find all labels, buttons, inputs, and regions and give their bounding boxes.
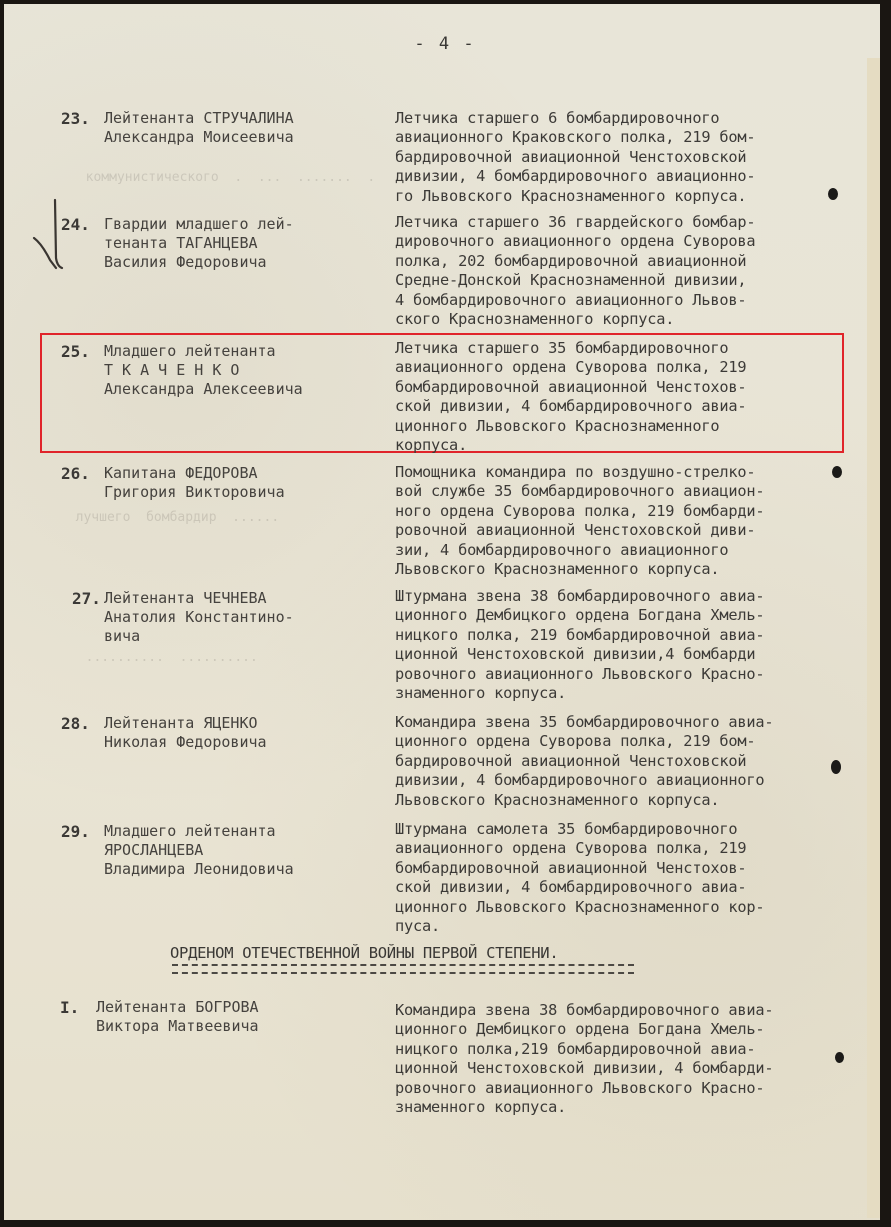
entry-description: Штурмана звена 38 бомбардировочного авиа… xyxy=(395,587,855,703)
entry-name: Лейтенанта СТРУЧАЛИНА Александра Моисеев… xyxy=(104,109,294,147)
name-line: Николая Федоровича xyxy=(104,733,267,751)
description-line: ницкого полка, 219 бомбардировочной авиа… xyxy=(395,626,764,644)
name-line: тенанта ТАГАНЦЕВА xyxy=(104,234,258,252)
description-line: ционной Ченстоховской дивизии, 4 бомбард… xyxy=(395,1059,773,1077)
name-line: Лейтенанта ЯЦЕНКО xyxy=(104,714,258,732)
description-line: ровочного авиационного Львовского Красно… xyxy=(395,1079,764,1097)
description-line: ницкого полка,219 бомбардировочной авиа- xyxy=(395,1040,755,1058)
entry-description: Командира звена 35 бомбардировочного ави… xyxy=(395,713,855,810)
name-line: Капитана ФЕДОРОВА xyxy=(104,464,258,482)
description-line: бардировочной авиационной Ченстоховской xyxy=(395,148,746,166)
entry-number: 23. xyxy=(61,109,90,128)
entry-number: 27. xyxy=(72,589,101,608)
description-line: вой службе 35 бомбардировочного авиацион… xyxy=(395,482,764,500)
description-line: авиационного ордена Суворова полка, 219 xyxy=(395,839,746,857)
entry-name: Лейтенанта ЧЕЧНЕВА Анатолия Константино-… xyxy=(104,589,294,646)
description-line: авиационного Краковского полка, 219 бом- xyxy=(395,128,755,146)
entry-number: 28. xyxy=(61,714,90,733)
name-line: Младшего лейтенанта xyxy=(104,822,276,840)
name-line: Василия Федоровича xyxy=(104,253,267,271)
description-line: ционного Дембицкого ордена Богдана Хмель… xyxy=(395,606,764,624)
description-line: дивизии, 4 бомбардировочного авиационно- xyxy=(395,167,755,185)
entry-number: I. xyxy=(60,998,79,1017)
entry-description: Летчика старшего 36 гвардейского бомбар-… xyxy=(395,213,855,329)
description-line: ского Краснознаменного корпуса. xyxy=(395,310,674,328)
description-line: ской дивизии, 4 бомбардировочного авиа- xyxy=(395,878,746,896)
description-line: Летчика старшего 35 бомбардировочного xyxy=(395,339,728,357)
entry-description: Помощника командира по воздушно-стрелко-… xyxy=(395,463,855,579)
description-line: ской дивизии, 4 бомбардировочного авиа- xyxy=(395,397,746,415)
entry-number: 25. xyxy=(61,342,90,361)
name-line: Лейтенанта СТРУЧАЛИНА xyxy=(104,109,294,127)
name-line: Младшего лейтенанта xyxy=(104,342,276,360)
description-line: Помощника командира по воздушно-стрелко- xyxy=(395,463,755,481)
description-line: Львовского Краснознаменного корпуса. xyxy=(395,791,719,809)
description-line: ционного Львовского Краснознаменного xyxy=(395,417,719,435)
description-line: Летчика старшего 6 бомбардировочного xyxy=(395,109,719,127)
description-line: бомбардировочной авиационной Ченстохов- xyxy=(395,378,746,396)
description-line: Штурмана самолета 35 бомбардировочного xyxy=(395,820,737,838)
entry-description: Летчика старшего 35 бомбардировочного ав… xyxy=(395,339,855,455)
name-line: Виктора Матвеевича xyxy=(96,1017,259,1035)
description-line: Летчика старшего 36 гвардейского бомбар- xyxy=(395,213,755,231)
name-line: вича xyxy=(104,627,140,645)
name-line: Анатолия Константино- xyxy=(104,608,294,626)
entry-number: 24. xyxy=(61,215,90,234)
description-line: полка, 202 бомбардировочной авиационной xyxy=(395,252,746,270)
name-line: Александра Моисеевича xyxy=(104,128,294,146)
entry-description: Штурмана самолета 35 бомбардировочного а… xyxy=(395,820,855,936)
entry-number: 29. xyxy=(61,822,90,841)
ink-blot xyxy=(835,1052,844,1063)
name-line: Александра Алексеевича xyxy=(104,380,303,398)
name-line: ЯРОСЛАНЦЕВА xyxy=(104,841,203,859)
description-line: дивизии, 4 бомбардировочного авиационног… xyxy=(395,771,764,789)
handwritten-checkmark-icon xyxy=(30,198,70,273)
name-line: Лейтенанта БОГРОВА xyxy=(96,998,259,1016)
description-line: ционного ордена Суворова полка, 219 бом- xyxy=(395,732,755,750)
entry-number: 26. xyxy=(61,464,90,483)
description-line: бомбардировочной авиационной Ченстохов- xyxy=(395,859,746,877)
description-line: Командира звена 38 бомбардировочного ави… xyxy=(395,1001,773,1019)
description-line: Львовского Краснознаменного корпуса. xyxy=(395,560,719,578)
entry-description: Командира звена 38 бомбардировочного ави… xyxy=(395,1001,855,1117)
description-line: корпуса. xyxy=(395,436,467,454)
entry-description: Летчика старшего 6 бомбардировочного ави… xyxy=(395,109,855,206)
description-line: Штурмана звена 38 бомбардировочного авиа… xyxy=(395,587,764,605)
description-line: бардировочной авиационной Ченстоховской xyxy=(395,752,746,770)
section-heading: ОРДЕНОМ ОТЕЧЕСТВЕННОЙ ВОЙНЫ ПЕРВОЙ СТЕПЕ… xyxy=(170,944,558,962)
ink-blot xyxy=(831,760,841,774)
description-line: ционного Львовского Краснознаменного кор… xyxy=(395,898,764,916)
description-line: ционной Ченстоховской дивизии,4 бомбарди xyxy=(395,645,755,663)
name-line: Григория Викторовича xyxy=(104,483,285,501)
name-line: Лейтенанта ЧЕЧНЕВА xyxy=(104,589,267,607)
description-line: знаменного корпуса. xyxy=(395,684,566,702)
bleed-through-text: .......... .......... xyxy=(70,650,258,665)
bleed-through-text: коммунистического . ... ....... . xyxy=(70,170,375,185)
page-number: - 4 - xyxy=(400,34,490,54)
description-line: ровочной авиационной Ченстоховской диви- xyxy=(395,521,755,539)
bleed-through-text: лучшего бомбардир ...... xyxy=(60,510,279,525)
description-line: ровочного авиационного Львовского Красно… xyxy=(395,665,764,683)
ink-blot xyxy=(828,188,838,200)
entry-name: Младшего лейтенанта Т К А Ч Е Н К О Алек… xyxy=(104,342,303,399)
description-line: пуса. xyxy=(395,917,440,935)
description-line: 4 бомбардировочного авиационного Львов- xyxy=(395,291,746,309)
entry-name: Лейтенанта ЯЦЕНКО Николая Федоровича xyxy=(104,714,267,752)
description-line: Средне-Донской Краснознаменной дивизии, xyxy=(395,271,746,289)
description-line: дировочного авиационного ордена Суворова xyxy=(395,232,755,250)
description-line: зии, 4 бомбардировочного авиационного xyxy=(395,541,728,559)
description-line: Командира звена 35 бомбардировочного ави… xyxy=(395,713,773,731)
name-line: Владимира Леонидовича xyxy=(104,860,294,878)
name-line: Т К А Ч Е Н К О xyxy=(104,361,239,379)
entry-name: Лейтенанта БОГРОВА Виктора Матвеевича xyxy=(96,998,259,1036)
name-line: Гвардии младшего лей- xyxy=(104,215,294,233)
paper-edge xyxy=(867,58,880,1218)
description-line: ного ордена Суворова полка, 219 бомбарди… xyxy=(395,502,764,520)
ink-blot xyxy=(832,466,842,478)
entry-name: Младшего лейтенанта ЯРОСЛАНЦЕВА Владимир… xyxy=(104,822,294,879)
entry-name: Гвардии младшего лей- тенанта ТАГАНЦЕВА … xyxy=(104,215,294,272)
section-heading-underline xyxy=(172,964,634,974)
description-line: го Львовского Краснознаменного корпуса. xyxy=(395,187,746,205)
entry-name: Капитана ФЕДОРОВА Григория Викторовича xyxy=(104,464,285,502)
description-line: знаменного корпуса. xyxy=(395,1098,566,1116)
description-line: авиационного ордена Суворова полка, 219 xyxy=(395,358,746,376)
description-line: ционного Дембицкого ордена Богдана Хмель… xyxy=(395,1020,764,1038)
